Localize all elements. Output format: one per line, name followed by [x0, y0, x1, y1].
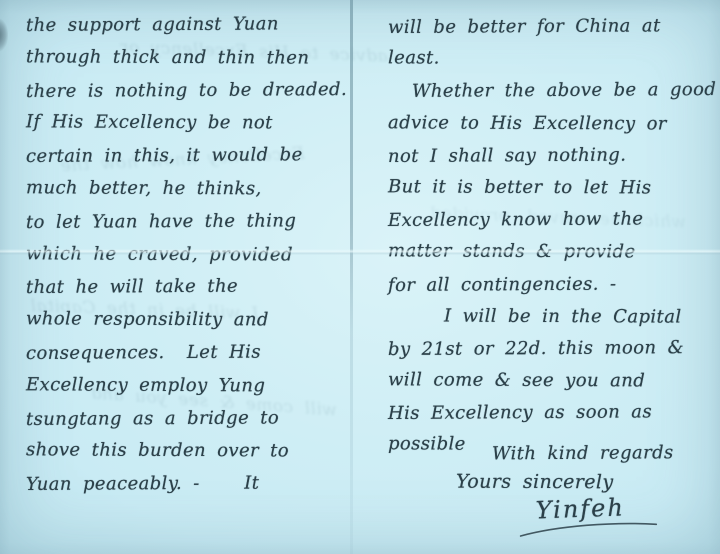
- letter-line: If His Excellency be not: [26, 107, 342, 141]
- page-fold-divider: [350, 0, 353, 554]
- letter-line: by 21st or 22d. this moon &: [388, 332, 712, 366]
- letter-line: Excellency employ Yung: [26, 369, 342, 403]
- letter-line: that he will take the: [26, 270, 342, 305]
- letter-line: there is nothing to be dreaded.: [26, 74, 342, 109]
- signature-flourish-icon: [518, 518, 658, 539]
- letter-line: His Excellency as soon as: [388, 396, 712, 430]
- letter-pages: the support against Yuan through thick a…: [0, 0, 720, 554]
- letter-line: I will be in the Capital: [388, 300, 712, 334]
- letter-line: But it is better to let His: [388, 171, 712, 205]
- letter-line: will be better for China at: [388, 10, 712, 44]
- letter-line: consequences. Let His: [26, 336, 342, 371]
- letter-line: whole responsibility and: [26, 303, 342, 337]
- letter-line: much better, he thinks,: [26, 172, 342, 206]
- letter-line: to let Yuan have the thing: [26, 205, 342, 240]
- letter-line: the support against Yuan: [26, 8, 342, 43]
- letter-line: Excellency know how the: [388, 203, 712, 237]
- letter-line: shove this burden over to: [26, 435, 342, 469]
- letter-line: least.: [388, 42, 712, 76]
- letter-line: Whether the above be a good: [388, 74, 712, 108]
- letter-page-left: the support against Yuan through thick a…: [0, 0, 352, 554]
- letter-line: for all contingencies. -: [388, 268, 712, 302]
- letter-line: certain in this, it would be: [26, 139, 342, 174]
- letter-scan: advice to His Excellency or Excellency k…: [0, 0, 720, 554]
- letter-line: not I shall say nothing.: [388, 139, 712, 173]
- letter-line: will come & see you and: [388, 364, 712, 398]
- paper-crease: [0, 249, 720, 255]
- signature: Yinfeh: [387, 490, 712, 545]
- letter-line: tsungtang as a bridge to: [26, 402, 342, 437]
- letter-line: through thick and thin then: [26, 41, 342, 75]
- letter-line: Yuan peaceably. - It: [26, 467, 342, 502]
- letter-page-right: will be better for China at least. Wheth…: [352, 0, 720, 554]
- letter-line: advice to His Excellency or: [388, 107, 712, 141]
